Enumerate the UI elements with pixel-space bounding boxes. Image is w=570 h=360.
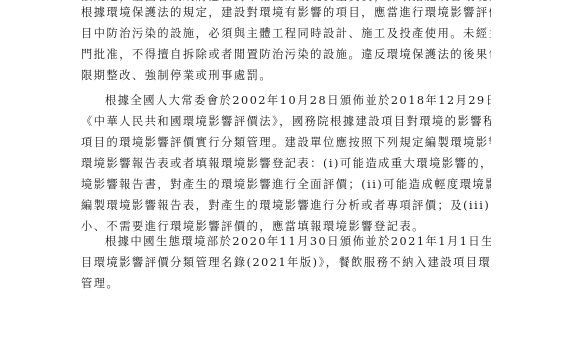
text-line: 《中華人民共和國環境影響評價法》，國務院根據建設項目對環境的影響程度，對建設 — [81, 111, 491, 132]
text-line: 境影響報告書，對產生的環境影響進行全面評價；(ii)可能造成輕度環境影響的，應當 — [81, 174, 491, 195]
text-line: 門批准，不得擅自拆除或者閒置防治污染的設施。違反環境保護法的後果包括罰款、 — [81, 44, 491, 65]
paragraph-environmental-protection-law: 根據環境保護法的規定，建設對環境有影響的項目，應當進行環境影響評價。建設項 目中… — [81, 2, 491, 86]
text-line: 限期整改、強制停業或刑事處罰。 — [81, 65, 491, 86]
paragraph-classification-catalogue: 根據中國生態環境部於2020年11月30日頒佈並於2021年1月1日生效的《建設… — [81, 231, 491, 294]
text-line: 根據全國人大常委會於2002年10月28日頒佈並於2018年12月29日最新修訂… — [81, 90, 491, 111]
text-line: 管理。 — [81, 273, 491, 294]
text-line: 根據環境保護法的規定，建設對環境有影響的項目，應當進行環境影響評價。建設項 — [81, 2, 491, 23]
text-line: 編製環境影響報告表，對產生的環境影響進行分析或者專項評價；及(iii)對環境影響… — [81, 195, 491, 216]
text-line: 目環境影響評價分類管理名錄(2021年版)》，餐飲服務不納入建設項目環境影響評價 — [81, 252, 491, 273]
paragraph-environmental-impact-assessment-law: 根據全國人大常委會於2002年10月28日頒佈並於2018年12月29日最新修訂… — [81, 90, 491, 237]
text-line: 環境影響報告表或者填報環境影響登記表：(i)可能造成重大環境影響的，應當編製環 — [81, 153, 491, 174]
text-line: 項目的環境影響評價實行分類管理。建設單位應按照下列規定編製環境影響報告書或 — [81, 132, 491, 153]
text-line: 目中防治污染的設施，必須與主體工程同時設計、施工及投產使用。未經主管政府部 — [81, 23, 491, 44]
text-line: 根據中國生態環境部於2020年11月30日頒佈並於2021年1月1日生效的《建設… — [81, 231, 491, 252]
